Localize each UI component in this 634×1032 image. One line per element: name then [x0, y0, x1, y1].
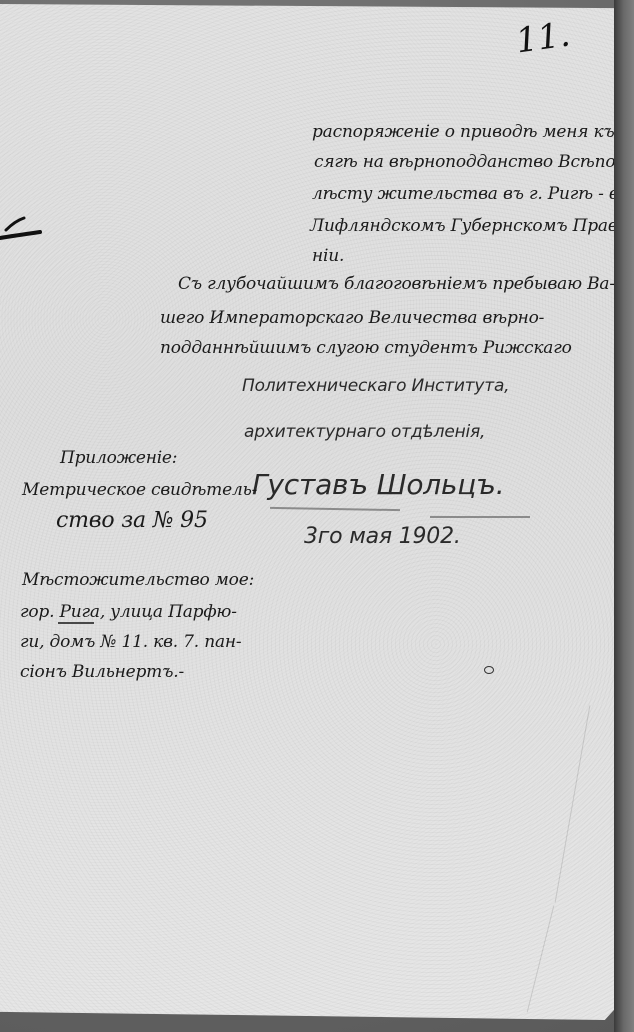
department-line: архитектурнаго отдѣленiя, — [244, 422, 485, 442]
residence-line-2: ги, домъ № 11. кв. 7. пан- — [20, 632, 241, 652]
closing-line-1: Съ глубочайшимъ благоговѣнiемъ пребываю … — [178, 274, 615, 294]
main-text-line-3: лѣсту жительства въ г. Ригѣ - въ — [312, 184, 630, 204]
ink-blot — [484, 666, 494, 674]
residence-line-1: гор. Рига, улица Парфю- — [20, 602, 237, 622]
scanner-background-edge — [614, 0, 634, 1032]
paper-sheet: 11. распоряженiе о приводѣ меня къ при- … — [0, 4, 614, 1020]
signature: Густавъ Шольцъ. — [252, 468, 504, 501]
institute-line: Политехническаго Института, — [242, 376, 509, 396]
signature-underline — [270, 507, 400, 511]
page-number: 11. — [513, 14, 572, 61]
residence-heading: Мѣстожительство мое: — [22, 570, 254, 590]
signature-date: 3го мая 1902. — [304, 524, 461, 549]
main-text-line-1: распоряженiе о приводѣ меня къ при- — [312, 122, 634, 142]
paper-crease — [555, 705, 591, 902]
attachment-heading: Приложенiе: — [60, 448, 177, 468]
signature-underline — [430, 516, 530, 518]
main-text-line-4: Лифляндскомъ Губернскомъ Правле- — [310, 216, 634, 236]
scanned-document: 11. распоряженiе о приводѣ меня къ при- … — [0, 0, 634, 1032]
paper-crease — [527, 906, 555, 1013]
city-underline — [58, 622, 94, 624]
closing-line-3: подданнѣйшимъ слугою студентъ Рижскаго — [160, 338, 572, 358]
residence-line-3: сiонъ Вильнертъ.- — [20, 662, 184, 682]
main-text-line-2: сягѣ на вѣрноподданство Всѣпод- — [314, 152, 631, 172]
attachment-line-2: ство за № 95 — [56, 508, 208, 533]
main-text-line-5: нiи. — [312, 246, 344, 266]
closing-line-2: шего Императорскаго Величества вѣрно- — [160, 308, 544, 328]
attachment-line-1: Метрическое свидѣтель- — [22, 480, 257, 500]
margin-tick-mark-icon — [0, 214, 42, 244]
